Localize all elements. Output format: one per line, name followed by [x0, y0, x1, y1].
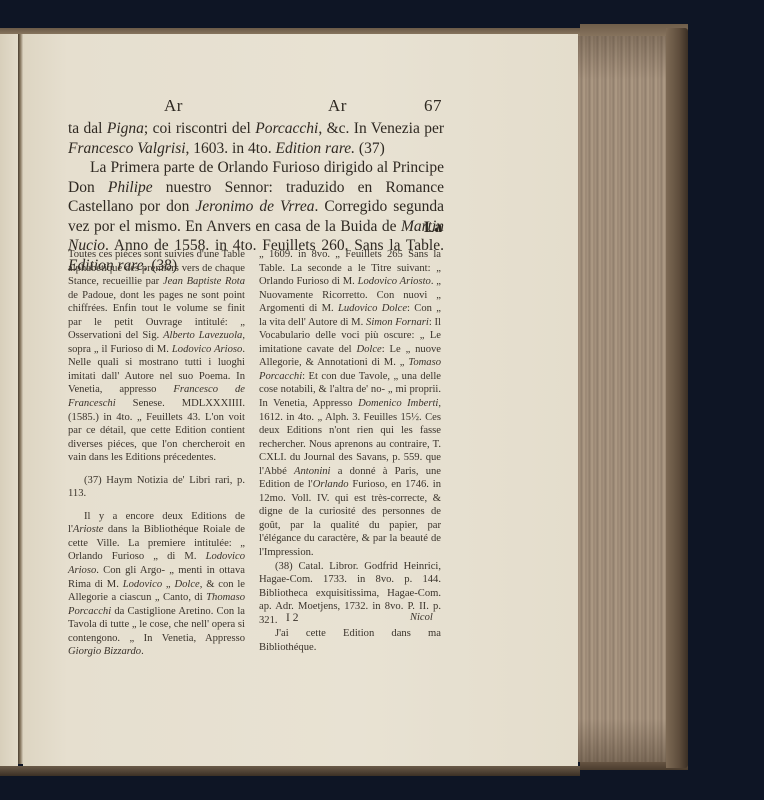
text-run: , 1603. in 4to. — [186, 140, 276, 157]
catchword-main: La — [424, 219, 442, 237]
text-run: (37) Haym Notizia de' Libri rari, p. 113… — [68, 475, 245, 500]
italic-text: Alberto Lavezuola — [163, 330, 242, 341]
italic-text: Edition rare. — [276, 140, 356, 157]
note-paragraph: Toutes ces piéces sont suivies d'une Tab… — [68, 248, 245, 465]
italic-text: Francesco Valgrisi — [68, 140, 186, 157]
running-head-left: Ar — [164, 96, 183, 116]
text-run: (37) — [355, 140, 385, 157]
text-run: J'ai cette Edition dans ma Bibliothéque. — [259, 628, 441, 653]
italic-text: Jeronimo de Vrrea — [195, 198, 314, 215]
paragraph-gap — [68, 501, 245, 510]
text-run: Furioso, en 1746. in 12mo. Voll. IV. qui… — [259, 479, 441, 558]
italic-text: Antonini — [294, 466, 331, 477]
italic-text: Domenico Imberti — [358, 398, 438, 409]
page-fore-edge — [578, 36, 666, 762]
page-number: 67 — [424, 96, 442, 116]
note-paragraph: J'ai cette Edition dans ma Bibliothéque. — [259, 627, 441, 654]
italic-text: Pigna — [107, 120, 144, 137]
signature-mark: I 2 — [286, 612, 298, 624]
paragraph-gap — [68, 465, 245, 474]
binding-edge-bottom — [0, 766, 580, 776]
italic-text: Arioste — [73, 524, 104, 535]
note-paragraph: (37) Haym Notizia de' Libri rari, p. 113… — [68, 474, 245, 501]
italic-text: Jean Baptiste Rota — [163, 276, 245, 287]
facing-page-sliver — [0, 34, 18, 766]
text-run: , &c. In Venezia per — [318, 120, 444, 137]
italic-text: Dolce — [174, 579, 199, 590]
text-run: „ — [162, 579, 174, 590]
running-head-center: Ar — [328, 96, 347, 116]
catchword-footer: Nicol — [410, 612, 433, 623]
note-paragraph: „ 1609. in 8vo. „ Feuillets 265 Sans la … — [259, 248, 441, 560]
italic-text: Giorgio Bizzardo — [68, 646, 141, 657]
italic-text: Simon Fornari — [366, 317, 429, 328]
italic-text: Philipe — [108, 179, 153, 196]
text-run: . — [141, 646, 144, 657]
notes-column-left: Toutes ces piéces sont suivies d'une Tab… — [68, 248, 245, 659]
italic-text: Lodovico — [123, 579, 162, 590]
note-paragraph: Il y a encore deux Editions de l'Arioste… — [68, 510, 245, 659]
binding-board-right — [666, 28, 688, 768]
italic-text: Lodovico Arioso — [172, 344, 242, 355]
italic-text: Dolce — [356, 344, 381, 355]
italic-text: Orlando — [313, 479, 349, 490]
italic-text: Porcacchi — [255, 120, 318, 137]
text-run: ta dal — [68, 120, 107, 137]
text-run: ; coi riscontri del — [144, 120, 255, 137]
entry-paragraph-1: ta dal Pigna; coi riscontri del Porcacch… — [68, 119, 444, 158]
notes-column-right: „ 1609. in 8vo. „ Feuillets 265 Sans la … — [259, 248, 441, 654]
book-photo: Ar Ar 67 ta dal Pigna; coi riscontri del… — [0, 0, 764, 800]
italic-text: Lodovico Ariosto — [358, 276, 431, 287]
italic-text: Ludovico Dolce — [338, 303, 407, 314]
